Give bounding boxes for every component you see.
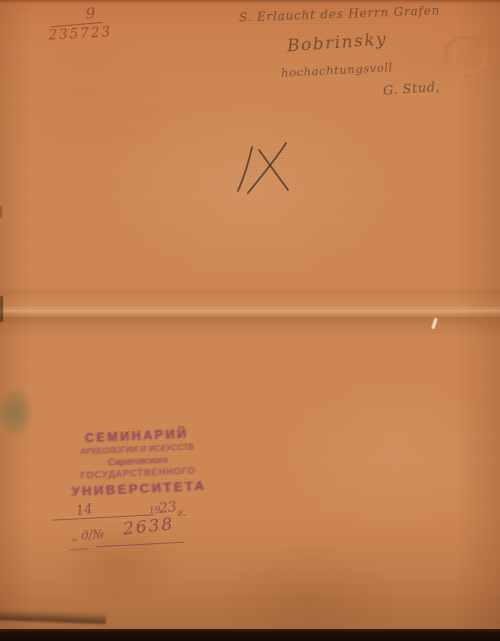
registration-day: 14: [75, 502, 93, 519]
dedication-closing: hochachtungsvoll: [281, 60, 394, 80]
corner-shadow: [0, 609, 106, 624]
catalog-number: 9 235723: [47, 4, 113, 43]
scan-background-strip: [0, 629, 500, 641]
registration-number-underline: [96, 542, 184, 548]
dedication-line-1: S. Erlaucht des Herrn Grafen: [239, 3, 441, 24]
dedication-recipient: Bobrinsky: [286, 30, 387, 57]
registration-year-suffix: г.: [177, 506, 187, 520]
fraction-numerator: 9: [47, 4, 112, 23]
paper-nick: [431, 318, 437, 329]
registration-prefix-underline: [69, 548, 89, 551]
dedication-signature: G. Stud,: [383, 80, 441, 99]
scanned-document: 9 235723 S. Erlaucht des Herrn Grafen Bo…: [0, 0, 500, 641]
stain-mark: [0, 390, 34, 440]
edge-tear-mark: [0, 296, 3, 322]
fraction-denominator: 235723: [48, 24, 113, 43]
roman-numeral: IX: [225, 135, 305, 205]
registration-number: 2638: [122, 514, 175, 539]
paper-cover: 9 235723 S. Erlaucht des Herrn Grafen Bo…: [0, 0, 500, 630]
library-stamp: СЕМИНАРИЙ АРХЕОЛОГИИ И ИСКУССТВ Саратовс…: [56, 426, 221, 499]
embossed-seal: [445, 36, 487, 74]
registration-number-prefix: „ д/№: [70, 527, 104, 544]
edge-tear-mark: [0, 206, 2, 218]
roman-numeral-strokes: [225, 135, 305, 205]
